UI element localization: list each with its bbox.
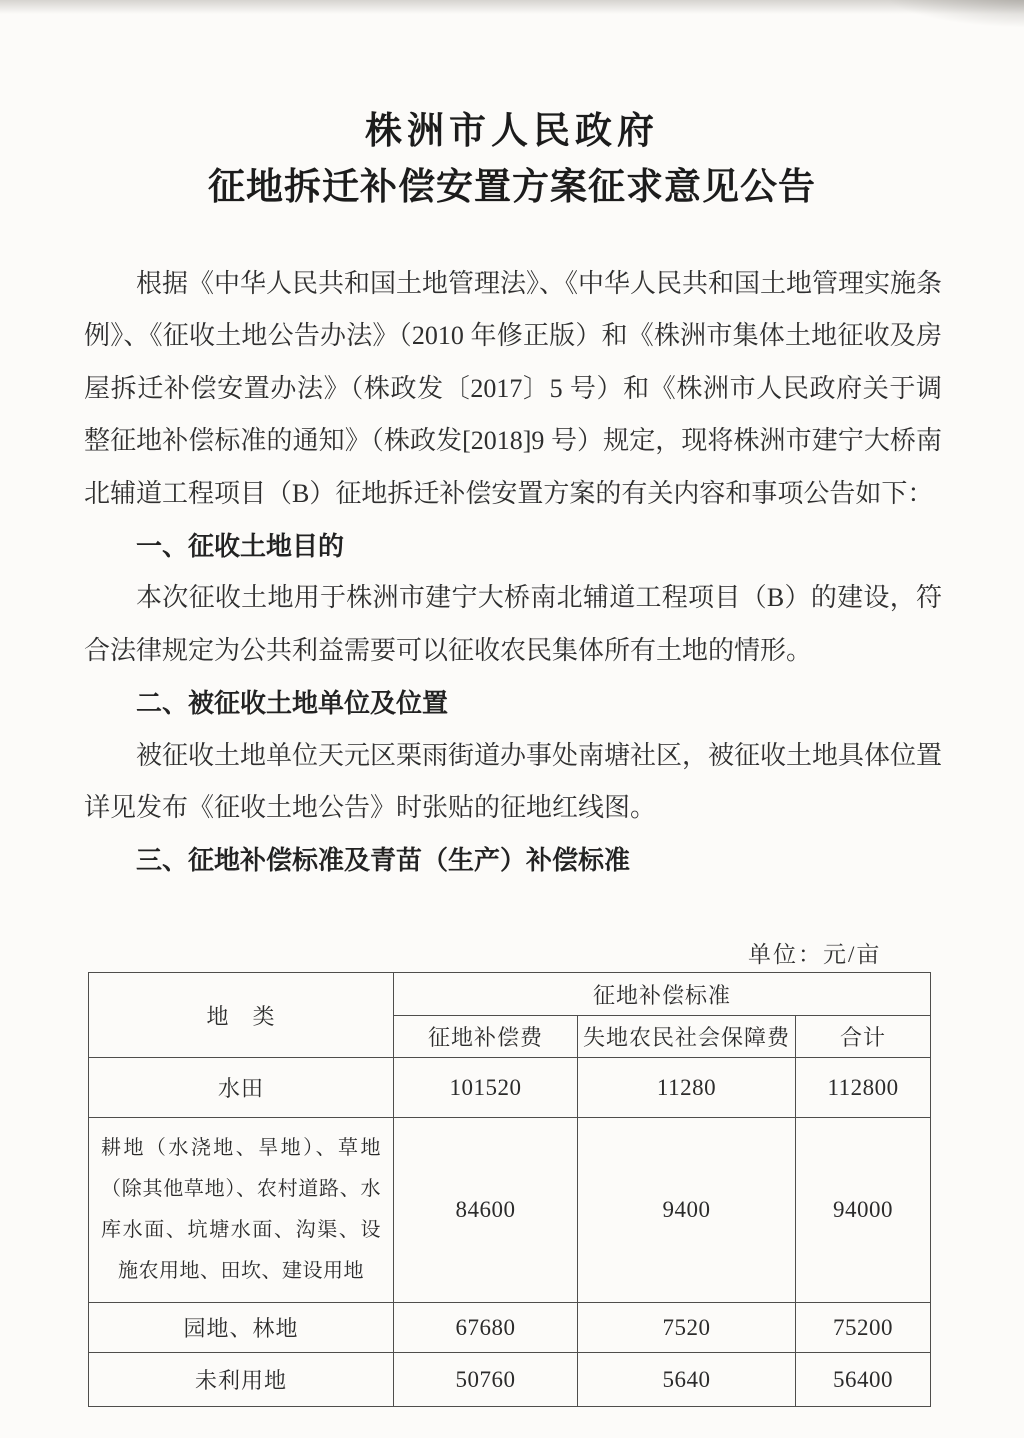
header-land-type: 地 类 [89, 973, 394, 1058]
social-fee-cell: 11280 [578, 1058, 796, 1118]
header-total: 合计 [796, 1016, 931, 1058]
total-cell: 56400 [796, 1353, 931, 1407]
document-body: 根据《中华人民共和国土地管理法》、《中华人民共和国土地管理实施条例》、《征收土地… [84, 258, 942, 887]
section-1-heading: 一、征收土地目的 [84, 520, 942, 572]
land-type-cell: 未利用地 [89, 1353, 394, 1407]
section-2-paragraph: 被征收土地单位天元区栗雨街道办事处南塘社区，被征收土地具体位置详见发布《征收土地… [84, 730, 942, 835]
comp-fee-cell: 101520 [394, 1058, 578, 1118]
total-cell: 75200 [796, 1303, 931, 1353]
header-comp-fee: 征地补偿费 [394, 1016, 578, 1058]
section-2-heading: 二、被征收土地单位及位置 [84, 677, 942, 729]
social-fee-cell: 5640 [578, 1353, 796, 1407]
comp-fee-cell: 84600 [394, 1118, 578, 1303]
table-unit-label: 单位：元/亩 [748, 936, 881, 969]
scan-smudge-corner [884, 0, 1024, 28]
title-issuer: 株洲市人民政府 [0, 104, 1024, 160]
table-row: 园地、林地 67680 7520 75200 [89, 1303, 931, 1353]
document-title: 株洲市人民政府 征地拆迁补偿安置方案征求意见公告 [0, 104, 1024, 216]
scan-shadow-top [0, 0, 1024, 14]
table-row: 未利用地 50760 5640 56400 [89, 1353, 931, 1407]
intro-paragraph: 根据《中华人民共和国土地管理法》、《中华人民共和国土地管理实施条例》、《征收土地… [84, 258, 942, 520]
land-type-cell: 水田 [89, 1058, 394, 1118]
comp-fee-cell: 50760 [394, 1353, 578, 1407]
table-row: 耕地（水浇地、旱地）、草地（除其他草地）、农村道路、水库水面、坑塘水面、沟渠、设… [89, 1118, 931, 1303]
header-compensation-group: 征地补偿标准 [394, 973, 931, 1016]
comp-fee-cell: 67680 [394, 1303, 578, 1353]
section-1-paragraph: 本次征收土地用于株洲市建宁大桥南北辅道工程项目（B）的建设，符合法律规定为公共利… [84, 572, 942, 677]
total-cell: 94000 [796, 1118, 931, 1303]
land-type-cell: 耕地（水浇地、旱地）、草地（除其他草地）、农村道路、水库水面、坑塘水面、沟渠、设… [89, 1118, 394, 1303]
social-fee-cell: 9400 [578, 1118, 796, 1303]
title-subject: 征地拆迁补偿安置方案征求意见公告 [0, 160, 1024, 216]
section-3-heading: 三、征地补偿标准及青苗（生产）补偿标准 [84, 834, 942, 886]
total-cell: 112800 [796, 1058, 931, 1118]
scanned-document-page: 株洲市人民政府 征地拆迁补偿安置方案征求意见公告 根据《中华人民共和国土地管理法… [0, 0, 1024, 1438]
compensation-table: 地 类 征地补偿标准 征地补偿费 失地农民社会保障费 合计 水田 101520 … [88, 972, 931, 1407]
social-fee-cell: 7520 [578, 1303, 796, 1353]
header-social-security-fee: 失地农民社会保障费 [578, 1016, 796, 1058]
land-type-cell: 园地、林地 [89, 1303, 394, 1353]
table-row: 水田 101520 11280 112800 [89, 1058, 931, 1118]
table-header-row-1: 地 类 征地补偿标准 [89, 973, 931, 1016]
